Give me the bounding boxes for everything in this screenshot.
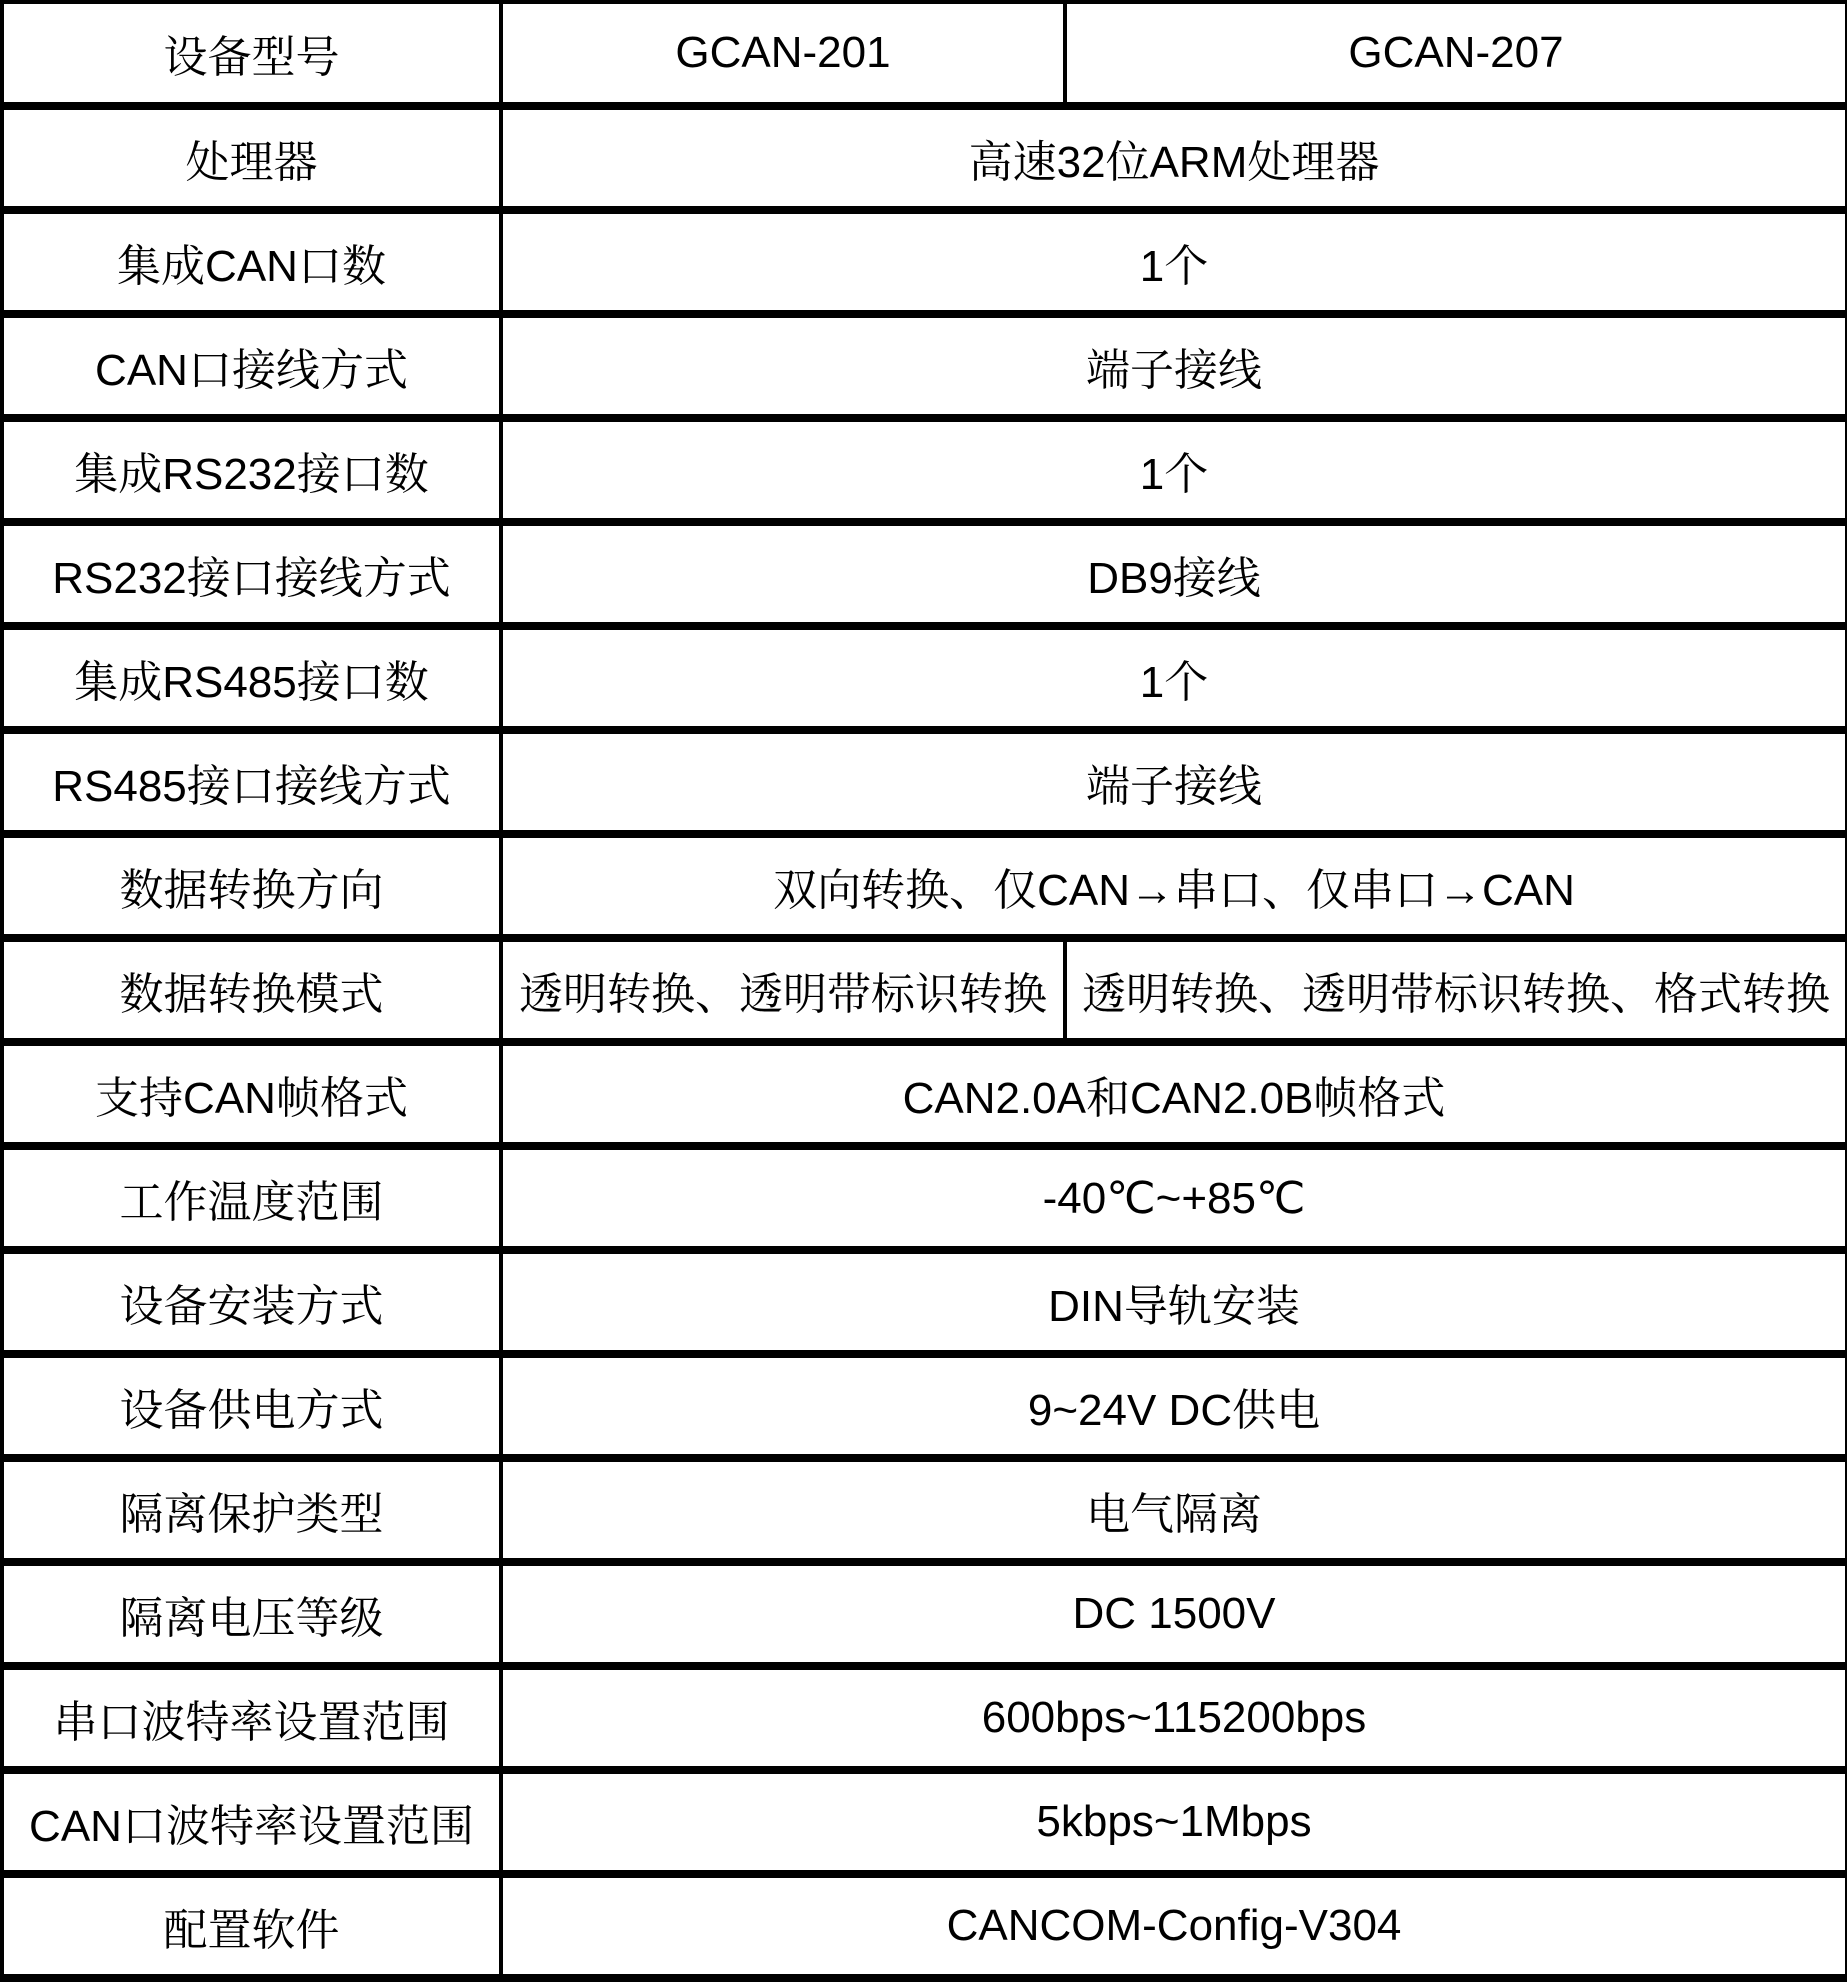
spec-value-rs485-count: 1个 bbox=[501, 626, 1847, 730]
spec-value-rs485-wiring: 端子接线 bbox=[501, 730, 1847, 834]
spec-label-conversion-mode: 数据转换模式 bbox=[2, 938, 501, 1042]
table-row-processor: 处理器 高速32位ARM处理器 bbox=[2, 106, 1847, 210]
spec-label-processor: 处理器 bbox=[2, 106, 501, 210]
spec-label-rs232-count: 集成RS232接口数 bbox=[2, 418, 501, 522]
spec-value-config-software: CANCOM-Config-V304 bbox=[501, 1874, 1847, 1978]
spec-label-device-model: 设备型号 bbox=[2, 2, 501, 106]
spec-label-can-port-count: 集成CAN口数 bbox=[2, 210, 501, 314]
spec-label-can-frame-format: 支持CAN帧格式 bbox=[2, 1042, 501, 1146]
table-row-mounting: 设备安装方式 DIN导轨安装 bbox=[2, 1250, 1847, 1354]
spec-value-isolation-type: 电气隔离 bbox=[501, 1458, 1847, 1562]
spec-value-can-wiring: 端子接线 bbox=[501, 314, 1847, 418]
spec-label-serial-baudrate: 串口波特率设置范围 bbox=[2, 1666, 501, 1770]
spec-label-operating-temperature: 工作温度范围 bbox=[2, 1146, 501, 1250]
spec-label-mounting: 设备安装方式 bbox=[2, 1250, 501, 1354]
table-row-can-wiring: CAN口接线方式 端子接线 bbox=[2, 314, 1847, 418]
spec-value-isolation-voltage: DC 1500V bbox=[501, 1562, 1847, 1666]
device-spec-table: 设备型号 GCAN-201 GCAN-207 处理器 高速32位ARM处理器 集… bbox=[0, 0, 1847, 1982]
spec-label-power-supply: 设备供电方式 bbox=[2, 1354, 501, 1458]
spec-label-rs232-wiring: RS232接口接线方式 bbox=[2, 522, 501, 626]
spec-value-conversion-mode-gcan207: 透明转换、透明带标识转换、格式转换 bbox=[1065, 938, 1847, 1042]
spec-label-config-software: 配置软件 bbox=[2, 1874, 501, 1978]
spec-label-rs485-wiring: RS485接口接线方式 bbox=[2, 730, 501, 834]
table-row-power-supply: 设备供电方式 9~24V DC供电 bbox=[2, 1354, 1847, 1458]
spec-value-can-port-count: 1个 bbox=[501, 210, 1847, 314]
spec-value-power-supply: 9~24V DC供电 bbox=[501, 1354, 1847, 1458]
table-row-rs485-count: 集成RS485接口数 1个 bbox=[2, 626, 1847, 730]
spec-value-processor: 高速32位ARM处理器 bbox=[501, 106, 1847, 210]
spec-label-isolation-voltage: 隔离电压等级 bbox=[2, 1562, 501, 1666]
spec-label-can-baudrate: CAN口波特率设置范围 bbox=[2, 1770, 501, 1874]
table-row-operating-temperature: 工作温度范围 -40℃~+85℃ bbox=[2, 1146, 1847, 1250]
spec-value-can-frame-format: CAN2.0A和CAN2.0B帧格式 bbox=[501, 1042, 1847, 1146]
table-row-rs232-wiring: RS232接口接线方式 DB9接线 bbox=[2, 522, 1847, 626]
spec-value-conversion-mode-gcan201: 透明转换、透明带标识转换 bbox=[501, 938, 1065, 1042]
spec-value-can-baudrate: 5kbps~1Mbps bbox=[501, 1770, 1847, 1874]
spec-value-conversion-direction: 双向转换、仅CAN→串口、仅串口→CAN bbox=[501, 834, 1847, 938]
table-row-conversion-mode: 数据转换模式 透明转换、透明带标识转换 透明转换、透明带标识转换、格式转换 bbox=[2, 938, 1847, 1042]
spec-value-mounting: DIN导轨安装 bbox=[501, 1250, 1847, 1354]
table-row-can-frame-format: 支持CAN帧格式 CAN2.0A和CAN2.0B帧格式 bbox=[2, 1042, 1847, 1146]
table-row-isolation-voltage: 隔离电压等级 DC 1500V bbox=[2, 1562, 1847, 1666]
spec-label-isolation-type: 隔离保护类型 bbox=[2, 1458, 501, 1562]
spec-value-rs232-wiring: DB9接线 bbox=[501, 522, 1847, 626]
spec-value-serial-baudrate: 600bps~115200bps bbox=[501, 1666, 1847, 1770]
spec-value-rs232-count: 1个 bbox=[501, 418, 1847, 522]
table-row-rs485-wiring: RS485接口接线方式 端子接线 bbox=[2, 730, 1847, 834]
table-row-serial-baudrate: 串口波特率设置范围 600bps~115200bps bbox=[2, 1666, 1847, 1770]
table-row-can-baudrate: CAN口波特率设置范围 5kbps~1Mbps bbox=[2, 1770, 1847, 1874]
table-row-can-port-count: 集成CAN口数 1个 bbox=[2, 210, 1847, 314]
table-row-isolation-type: 隔离保护类型 电气隔离 bbox=[2, 1458, 1847, 1562]
spec-label-conversion-direction: 数据转换方向 bbox=[2, 834, 501, 938]
table-row-conversion-direction: 数据转换方向 双向转换、仅CAN→串口、仅串口→CAN bbox=[2, 834, 1847, 938]
table-row-rs232-count: 集成RS232接口数 1个 bbox=[2, 418, 1847, 522]
table-row-device-model: 设备型号 GCAN-201 GCAN-207 bbox=[2, 2, 1847, 106]
table-row-config-software: 配置软件 CANCOM-Config-V304 bbox=[2, 1874, 1847, 1978]
spec-label-can-wiring: CAN口接线方式 bbox=[2, 314, 501, 418]
spec-label-rs485-count: 集成RS485接口数 bbox=[2, 626, 501, 730]
spec-value-model-gcan201: GCAN-201 bbox=[501, 2, 1065, 106]
spec-value-operating-temperature: -40℃~+85℃ bbox=[501, 1146, 1847, 1250]
spec-value-model-gcan207: GCAN-207 bbox=[1065, 2, 1847, 106]
